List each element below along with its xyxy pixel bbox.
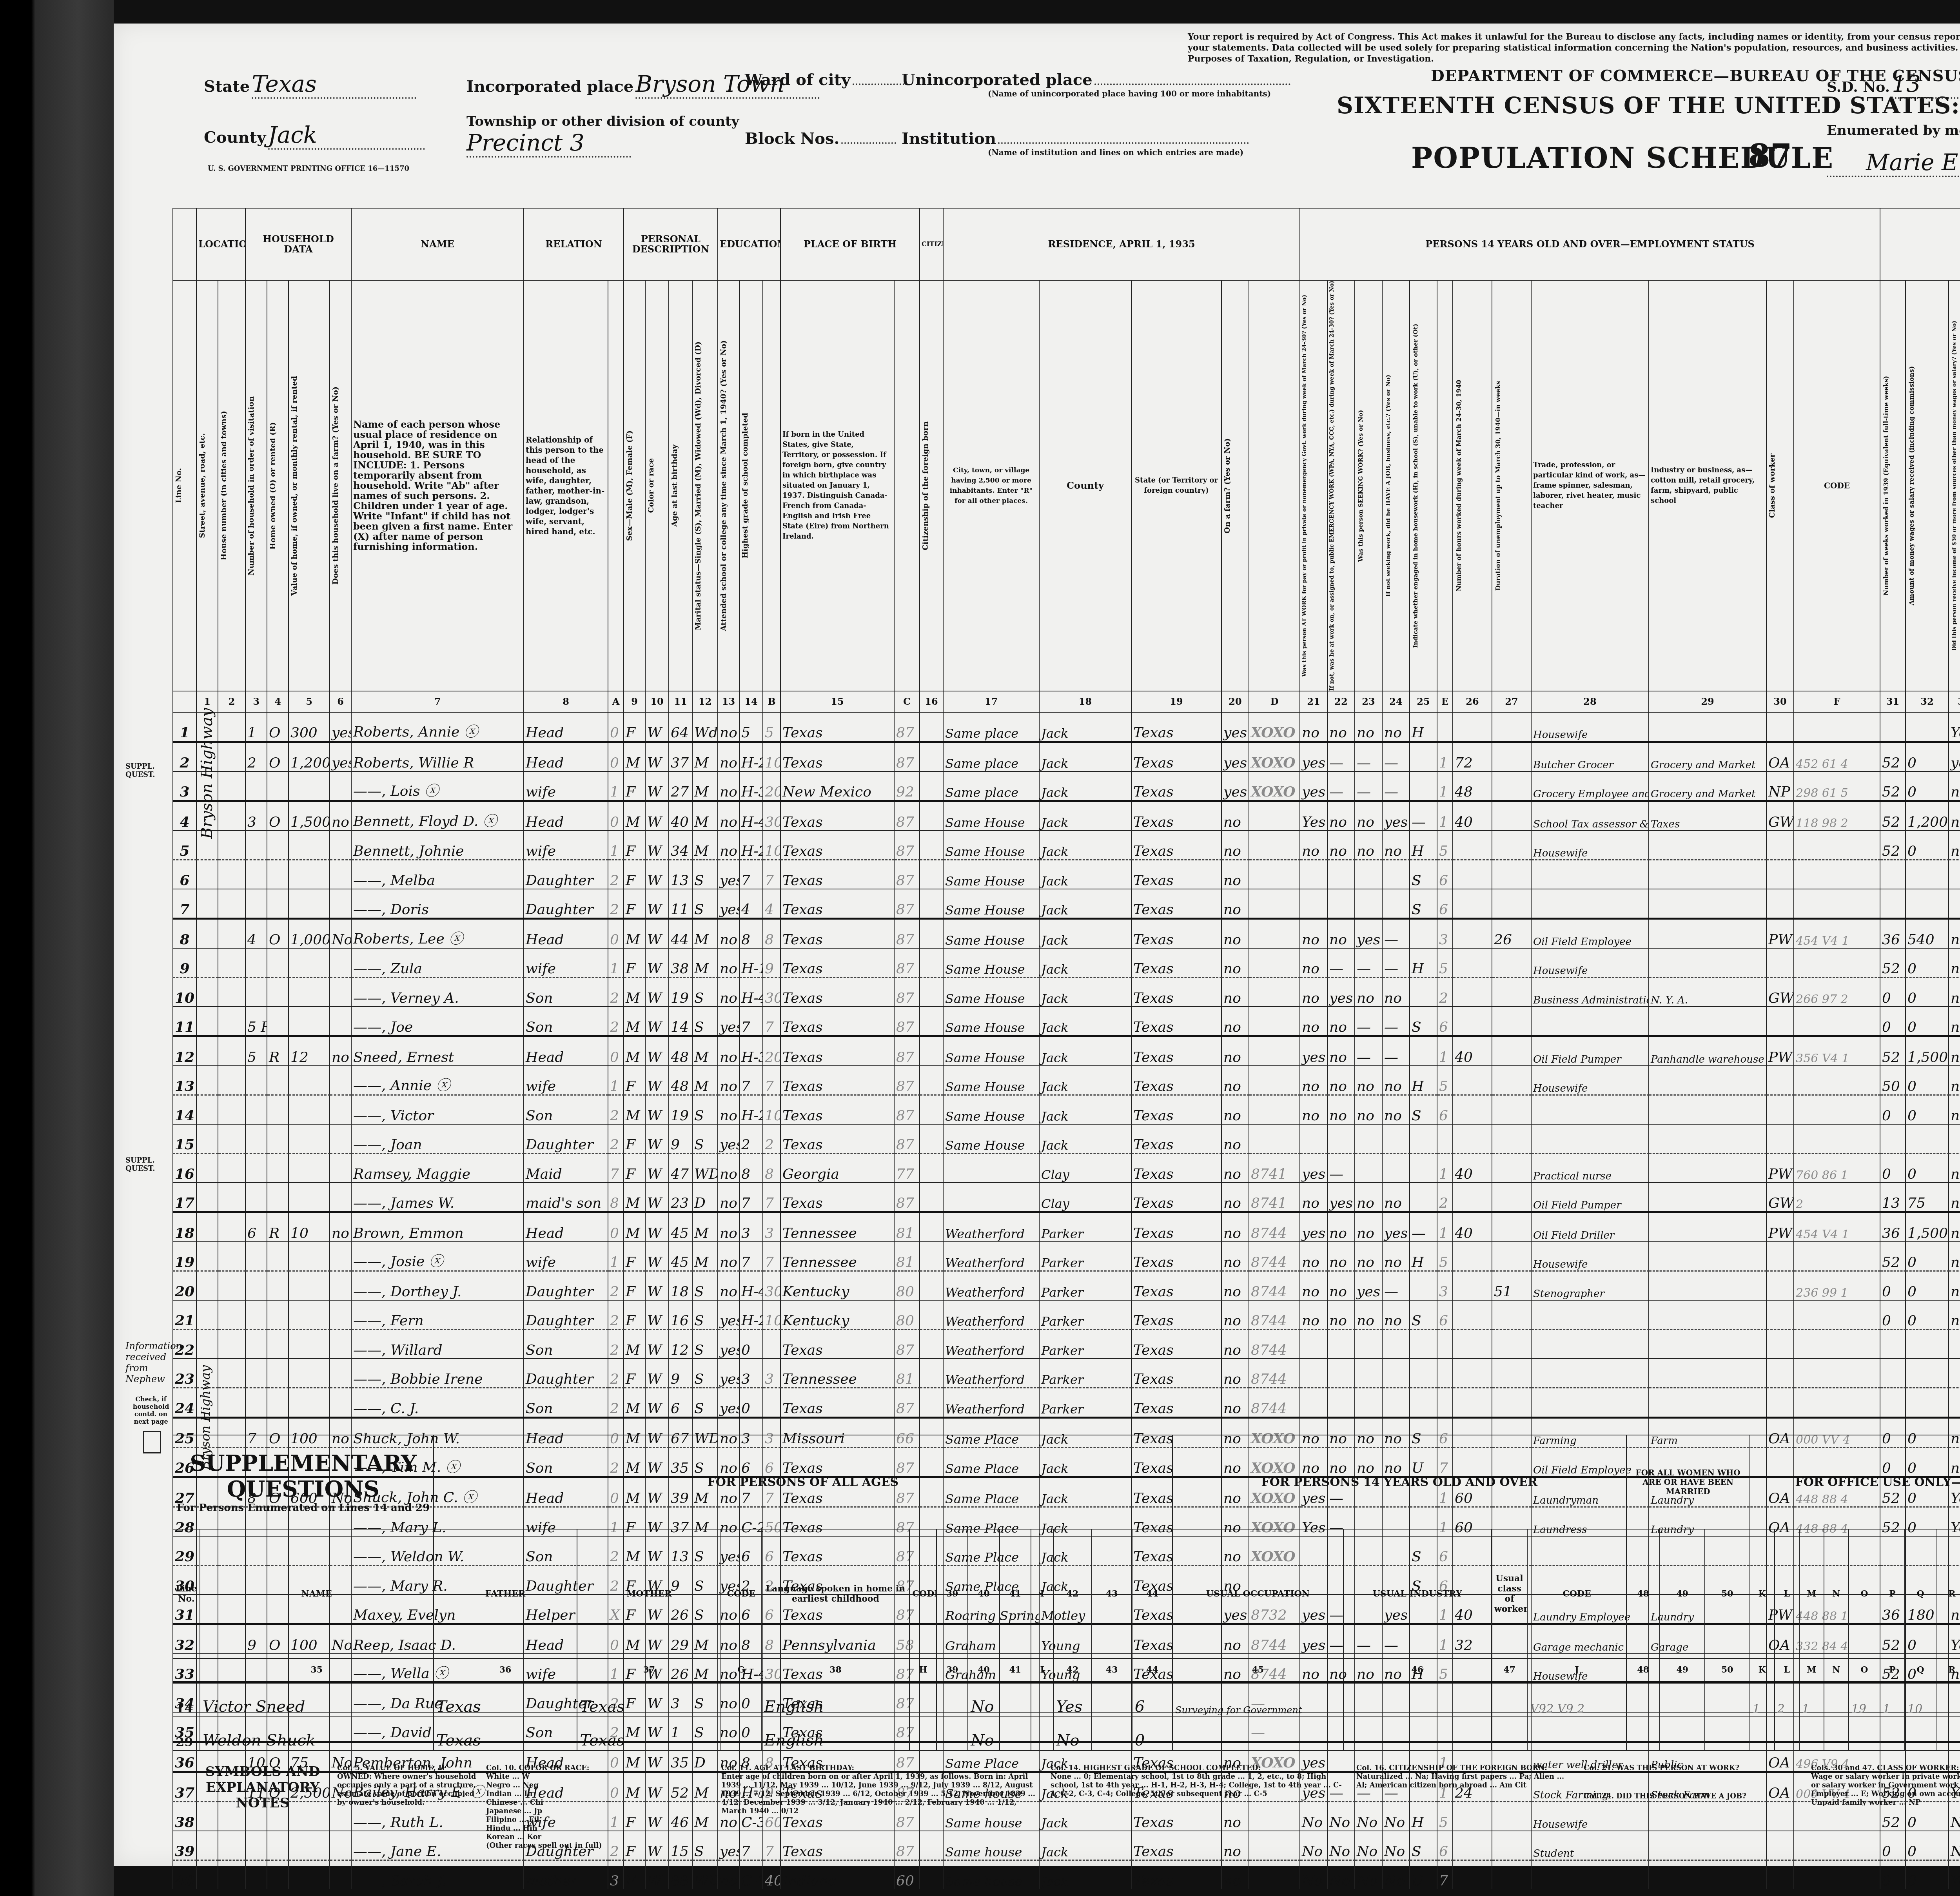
cell-grade: 7 [739, 860, 763, 889]
cell-house [218, 1183, 245, 1212]
cell-hh: 2 [245, 742, 267, 772]
cell-c24: yes [1382, 1212, 1410, 1242]
cell-sex: M [624, 801, 645, 831]
cell-res-county: Jack [1039, 1860, 1131, 1890]
cell-birth: Texas [780, 1066, 894, 1095]
supp-col-desc: Line No. [173, 1529, 200, 1658]
suppl-quest-14-left: SUPPL. QUEST. [125, 762, 153, 779]
cell-sch: no [718, 1066, 739, 1095]
cell-res-county: Parker [1039, 1330, 1131, 1359]
cell-name: ——, Verney A. [351, 978, 524, 1007]
cell-mar: M [692, 1242, 718, 1271]
cell-c22: yes [1327, 1183, 1355, 1212]
cell-name: Bennett, Floyd D. ⓧ [351, 801, 524, 831]
cell-value [289, 978, 330, 1007]
cell-age: 40 [669, 801, 692, 831]
cell-c33 [1949, 889, 1960, 919]
cell-house [218, 1388, 245, 1418]
cell-res-state: Texas [1131, 1242, 1221, 1271]
supp-cell-m: 1 [1799, 1682, 1824, 1717]
supp-col-number: J [1527, 1658, 1626, 1682]
cell-c33: no [1949, 1242, 1960, 1271]
cell-e [1437, 1388, 1453, 1418]
cell-res-city: Same place [943, 771, 1039, 801]
supp-col-number: 49 [1660, 1658, 1705, 1682]
cell-res-city: Same House [943, 1036, 1039, 1066]
cell-age: 34 [669, 831, 692, 860]
supp-col-desc: 39 [936, 1529, 968, 1658]
cell-e: 2 [1437, 978, 1453, 1007]
column-number: 29 [1649, 691, 1766, 712]
cell-hh: 1 [245, 712, 267, 742]
cell-sex: F [624, 1242, 645, 1271]
cell-res-county: Jack [1039, 948, 1131, 978]
cell-house [218, 919, 245, 949]
note-col5: Col. 5. VALUE OF HOME, IF OWNED: Where o… [337, 1764, 478, 1807]
county-label: County [204, 128, 266, 147]
cell-cls: GW [1766, 801, 1794, 831]
cell-rel: Son [524, 978, 608, 1007]
cell-res-state: Texas [1131, 1183, 1221, 1212]
cell-res-county: Jack [1039, 860, 1131, 889]
cell-e: 6 [1437, 889, 1453, 919]
sd-field: S.D. No. 13 [1827, 71, 1960, 99]
cell-c33: no [1949, 1300, 1960, 1330]
cell-street [196, 860, 218, 889]
unincorporated-note: (Name of unincorporated place having 100… [988, 89, 1290, 98]
cell-birth: Texas [780, 860, 894, 889]
cell-line: 18 [173, 1212, 196, 1242]
cell-c25: S [1410, 1007, 1437, 1036]
cell-c33: no [1949, 1007, 1960, 1036]
cell-own [267, 978, 289, 1007]
cell-ind [1649, 919, 1766, 949]
cell-ind [1649, 1271, 1766, 1301]
explanatory-notes: SYMBOLS AND EXPLANATORY NOTES Col. 5. VA… [172, 1764, 1960, 1850]
cell-c32: 1,200 [1906, 801, 1949, 831]
cell-c25: S [1410, 1095, 1437, 1125]
cell-ind: Taxes [1649, 801, 1766, 831]
cell-name: ——, James W. [351, 1183, 524, 1212]
cell-res-farm: no [1221, 1242, 1249, 1271]
cell-hh: 5 R 12 [245, 1007, 267, 1036]
cell-mar: S [692, 860, 718, 889]
cell-c27 [1492, 1036, 1531, 1066]
cell-birth: New Mexico [780, 771, 894, 801]
cell-occ: Housewife [1531, 712, 1649, 742]
supp-col-number: R [1936, 1658, 1960, 1682]
cell-sex: M [624, 1095, 645, 1125]
cell-hh: 3 [245, 801, 267, 831]
household-number-desc: Number of household in order of visitati… [247, 396, 256, 575]
cell-house [218, 801, 245, 831]
cell-d [1249, 831, 1300, 860]
sex-desc: Sex—Male (M), Female (F) [626, 430, 634, 541]
note-col10: Col. 10. COLOR OR RACE: White ... WNegro… [486, 1764, 706, 1850]
cell-value [289, 1183, 330, 1212]
cell-birth: Texas [780, 712, 894, 742]
cell-res-state: Texas [1131, 978, 1221, 1007]
cell-line: 17 [173, 1183, 196, 1212]
cell-c: 87 [894, 742, 920, 772]
cell-rel: Son [524, 1388, 608, 1418]
cell-c31: 0 [1880, 1860, 1906, 1890]
table-row: 13——, Annie ⓧwife1FW48Mno77Texas87Same H… [173, 1066, 1960, 1095]
cell-race: W [645, 801, 669, 831]
cell-c23: no [1355, 1242, 1382, 1271]
cell-ind [1649, 860, 1766, 889]
column-number: A [608, 691, 624, 712]
cell-occ [1531, 1388, 1649, 1418]
supp-col-desc: USUAL OCCUPATION [1172, 1529, 1343, 1658]
supp-col-number: Q [1905, 1658, 1936, 1682]
supp-col-desc: 50 [1705, 1529, 1750, 1658]
cell-value: 300 [289, 712, 330, 742]
cell-ind [1649, 1359, 1766, 1388]
cell-b: 10 [763, 831, 780, 860]
column-number: D [1249, 691, 1300, 712]
continued-checkbox[interactable] [143, 1431, 161, 1455]
cell-sch: no [718, 948, 739, 978]
cell-hh [245, 889, 267, 919]
supp-col-number: 43 [1092, 1658, 1132, 1682]
supp-col-desc: MOTHER [577, 1529, 721, 1658]
table-row: 21——, FernDaughter2FW16SyesH-210Kentucky… [173, 1300, 1960, 1330]
table-row: 186R10noBrown, EmmonHead0MW45Mno33Tennes… [173, 1212, 1960, 1242]
cell-c25: U [1410, 1860, 1437, 1890]
cell-f [1794, 948, 1880, 978]
cell-hh [245, 831, 267, 860]
cell-b: 7 [763, 1183, 780, 1212]
cell-c26 [1453, 889, 1492, 919]
column-number: 2 [218, 691, 245, 712]
cell-ind: N. Y. A. [1649, 978, 1766, 1007]
cell-race: W [645, 1036, 669, 1066]
cell-res-county: Parker [1039, 1388, 1131, 1418]
cell-c22 [1327, 889, 1355, 919]
column-number: 30 [1766, 691, 1794, 712]
cell-mar: S [692, 1271, 718, 1301]
cell-occ [1531, 1095, 1649, 1125]
supp-col-desc: CODE [909, 1529, 936, 1658]
cell-res-city: Same House [943, 1007, 1039, 1036]
cell-c26 [1453, 1066, 1492, 1095]
cell-c22: — [1327, 948, 1355, 978]
cell-c31: 52 [1880, 771, 1906, 801]
column-number: 6 [330, 691, 351, 712]
cell-own [267, 1007, 289, 1036]
cell-c31: 36 [1880, 919, 1906, 949]
cell-res-state: Texas [1131, 1007, 1221, 1036]
cell-grade: 7 [739, 1242, 763, 1271]
cell-farm: no [330, 1212, 351, 1242]
cell-name: ——, Victor [351, 1095, 524, 1125]
cell-name: ——, C. J. [351, 1388, 524, 1418]
cell-c: 60 [894, 1860, 920, 1890]
column-number: E [1437, 691, 1453, 712]
cell-c32: 0 [1906, 742, 1949, 772]
cell-c31 [1880, 889, 1906, 919]
cell-mar: M [692, 771, 718, 801]
personal-header: PERSONAL DESCRIPTION [624, 208, 718, 280]
cell-rel: Head [524, 1036, 608, 1066]
cell-a: 2 [608, 1388, 624, 1418]
cell-res-state: Texas [1131, 1300, 1221, 1330]
cell-res-city: Same House [943, 1124, 1039, 1154]
table-row: 20——, Dorthey J.Daughter2FW18SnoH-430Ken… [173, 1271, 1960, 1301]
supp-cell-n [1824, 1682, 1849, 1717]
cell-c31: 52 [1880, 831, 1906, 860]
women-header: FOR ALL WOMEN WHO ARE OR HAVE BEEN MARRI… [1626, 1435, 1750, 1529]
cell-c24 [1382, 889, 1410, 919]
column-number: 18 [1039, 691, 1131, 712]
cell-sex: M [624, 919, 645, 949]
cell-c23: — [1355, 742, 1382, 772]
cell-cls [1766, 1066, 1794, 1095]
cell-c32: 0 [1906, 831, 1949, 860]
relation-desc: Relationship of this person to the head … [524, 280, 608, 691]
cell-hh [245, 1271, 267, 1301]
cell-c31: 50 [1880, 1066, 1906, 1095]
cell-cit [920, 1007, 943, 1036]
cell-c27 [1492, 978, 1531, 1007]
cell-c22 [1327, 1330, 1355, 1359]
cell-sex: M [624, 978, 645, 1007]
employment-header: PERSONS 14 YEARS OLD AND OVER—EMPLOYMENT… [1300, 208, 1880, 280]
cell-farm: yes [330, 712, 351, 742]
cell-e: 1 [1437, 771, 1453, 801]
cell-birth: Texas [780, 919, 894, 949]
cell-age: 14 [669, 1007, 692, 1036]
cell-c: 92 [894, 771, 920, 801]
cell-res-county: Jack [1039, 742, 1131, 772]
cell-house [218, 1300, 245, 1330]
cell-c26 [1453, 978, 1492, 1007]
cell-grade: 5 [739, 712, 763, 742]
cell-c32: 0 [1906, 1242, 1949, 1271]
cell-c22: no [1327, 1271, 1355, 1301]
supp-col-desc: FATHER [434, 1529, 577, 1658]
cell-own [267, 1388, 289, 1418]
cell-occ: Stenographer [1531, 1271, 1649, 1301]
cell-occ [1531, 1300, 1649, 1330]
cell-rel: wife [524, 1066, 608, 1095]
column-number: 11 [669, 691, 692, 712]
cell-ind [1649, 1212, 1766, 1242]
cell-res-city: Same House [943, 948, 1039, 978]
cell-c32: 75 [1906, 1183, 1949, 1212]
cell-e: 2 [1437, 1183, 1453, 1212]
block-label: Block Nos. [745, 129, 839, 148]
birth-header: PLACE OF BIRTH [780, 208, 920, 280]
cell-mar: M [692, 1066, 718, 1095]
cell-c26 [1453, 1359, 1492, 1388]
cell-b: 10 [763, 742, 780, 772]
cell-sex: F [624, 831, 645, 860]
note-col10-item: White ... W [486, 1773, 706, 1781]
cell-res-state: Texas [1131, 771, 1221, 801]
cell-own [267, 771, 289, 801]
cell-e: 5 [1437, 948, 1453, 978]
supp-column-number-row: 353637G38H394041I424344454647J484950KLMN… [173, 1658, 1960, 1682]
cell-c26 [1453, 1095, 1492, 1125]
cell-sch: yes [718, 1124, 739, 1154]
cell-value: 1,000 [289, 919, 330, 949]
cell-res-county: Clay [1039, 1154, 1131, 1183]
cell-farm [330, 1066, 351, 1095]
cell-c33: yes [1949, 742, 1960, 772]
cell-age: 38 [669, 948, 692, 978]
cell-c26: 48 [1453, 771, 1492, 801]
cell-c32: 540 [1906, 919, 1949, 949]
cell-a: 0 [608, 1036, 624, 1066]
cell-b: 30 [763, 1271, 780, 1301]
cell-farm [330, 1007, 351, 1036]
cell-rel: Daughter [524, 889, 608, 919]
cell-c26 [1453, 948, 1492, 978]
cell-name: ——, Doris [351, 889, 524, 919]
cell-value [289, 1300, 330, 1330]
column-number: 7 [351, 691, 524, 712]
cell-c27 [1492, 801, 1531, 831]
census-sheet: Your report is required by Act of Congre… [114, 24, 1960, 1866]
hours-desc: Number of hours worked during week of Ma… [1455, 380, 1463, 591]
cell-cls: GW [1766, 1183, 1794, 1212]
cell-house [218, 889, 245, 919]
cell-a: 8 [608, 1183, 624, 1212]
cell-res-farm: no [1221, 1359, 1249, 1388]
cell-rel: Son [524, 1330, 608, 1359]
cell-c: 87 [894, 889, 920, 919]
cell-name: ——, Sarah J. [351, 1860, 524, 1890]
cell-cit [920, 948, 943, 978]
cell-farm: No [330, 919, 351, 949]
cell-name: Roberts, Annie ⓧ [351, 712, 524, 742]
cell-d [1249, 1036, 1300, 1066]
cell-c22: no [1327, 801, 1355, 831]
cell-c33 [1949, 1359, 1960, 1388]
cell-c25 [1410, 1154, 1437, 1183]
supp-cell-q [1905, 1717, 1936, 1751]
cell-e: 7 [1437, 1860, 1453, 1890]
cell-res-city [943, 1154, 1039, 1183]
cell-c31 [1880, 712, 1906, 742]
cell-c26: 72 [1453, 742, 1492, 772]
cell-occ: Housewife [1531, 1066, 1649, 1095]
cell-name: Roberts, Willie R [351, 742, 524, 772]
cell-res-city: Weatherford [943, 1359, 1039, 1388]
citizenship-desc: Citizenship of the foreign born [922, 421, 930, 550]
cell-c32 [1906, 1124, 1949, 1154]
cell-c22: No [1327, 1860, 1355, 1890]
cell-race: W [645, 1066, 669, 1095]
cell-value: 12 [289, 1036, 330, 1066]
cell-birth: Texas [780, 831, 894, 860]
cell-c23: no [1355, 1066, 1382, 1095]
cell-c31: 52 [1880, 742, 1906, 772]
column-number: 31 [1880, 691, 1906, 712]
cell-res-state: Texas [1131, 860, 1221, 889]
supp-col-desc: R [1936, 1529, 1960, 1658]
cell-house [218, 1212, 245, 1242]
cell-c31 [1880, 1124, 1906, 1154]
cell-value [289, 1095, 330, 1125]
supp-col-number: N [1824, 1658, 1849, 1682]
cell-c21 [1300, 1388, 1327, 1418]
cell-c27 [1492, 1388, 1531, 1418]
cell-res-county: Jack [1039, 712, 1131, 742]
cell-cls: PW [1766, 1036, 1794, 1066]
cell-occ [1531, 1124, 1649, 1154]
cell-res-farm: no [1221, 1388, 1249, 1418]
ward-field: Ward of city [745, 71, 907, 89]
cell-d: 8744 [1249, 1271, 1300, 1301]
cell-value: 10 [289, 1212, 330, 1242]
cell-c32: 0 [1906, 771, 1949, 801]
column-number: 27 [1492, 691, 1531, 712]
cell-f [1794, 712, 1880, 742]
cell-res-state: Texas [1131, 1095, 1221, 1125]
cell-street [196, 1242, 218, 1271]
block-field: Block Nos. [745, 129, 896, 148]
supp-col-number [173, 1658, 200, 1682]
cell-c21: yes [1300, 771, 1327, 801]
cell-street [196, 1271, 218, 1301]
cell-e [1437, 1330, 1453, 1359]
cell-farm [330, 771, 351, 801]
cell-res-city: Weatherford [943, 1300, 1039, 1330]
cell-res-county: Jack [1039, 919, 1131, 949]
cell-farm [330, 1124, 351, 1154]
cell-res-state: Texas [1131, 1271, 1221, 1301]
cell-name: ——, Zula [351, 948, 524, 978]
cell-age: 12 [669, 1330, 692, 1359]
cell-c22: no [1327, 1036, 1355, 1066]
cell-race: W [645, 978, 669, 1007]
cell-name: ——, Melba [351, 860, 524, 889]
cell-rel: Daughter [524, 1271, 608, 1301]
cell-sch: yes [718, 860, 739, 889]
cell-cls [1766, 1860, 1794, 1890]
supp-cell-k: 1 [1750, 1682, 1775, 1717]
cell-cls [1766, 889, 1794, 919]
cell-ind [1649, 1066, 1766, 1095]
cell-line: 24 [173, 1388, 196, 1418]
cell-birth: Texas [780, 1330, 894, 1359]
cell-grade: H-1 [739, 948, 763, 978]
cell-sex: F [624, 889, 645, 919]
cell-mar: S [692, 1388, 718, 1418]
supp-col-number: 45 [1172, 1658, 1343, 1682]
cell-res-state: Texas [1131, 1036, 1221, 1066]
cell-d [1249, 1860, 1300, 1890]
cell-c31 [1880, 1330, 1906, 1359]
cell-res-farm: no [1221, 1330, 1249, 1359]
cell-name: ——, Lois ⓧ [351, 771, 524, 801]
cell-cls: PW [1766, 919, 1794, 949]
cell-birth: Kentucky [780, 1300, 894, 1330]
cell-c: 87 [894, 1036, 920, 1066]
cell-house [218, 771, 245, 801]
cell-c24: no [1382, 1300, 1410, 1330]
cell-d: XOXO [1249, 771, 1300, 801]
cell-e: 3 [1437, 1271, 1453, 1301]
cell-c23: no [1355, 1095, 1382, 1125]
cell-c27: 51 [1492, 1271, 1531, 1301]
ward-label: Ward of city [745, 71, 850, 89]
cell-line: 3 [173, 771, 196, 801]
column-number: 16 [920, 691, 943, 712]
